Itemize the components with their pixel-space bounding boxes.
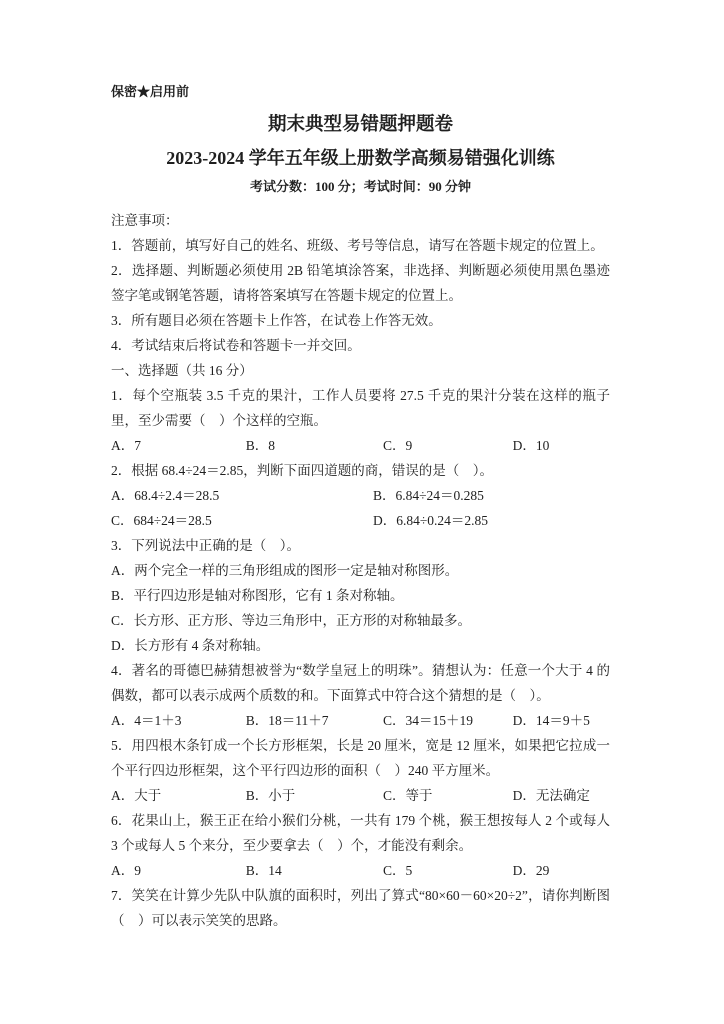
question-1-option-a: A．7 <box>111 433 246 458</box>
question-6-option-a: A．9 <box>111 858 246 883</box>
question-6-option-c: C．5 <box>383 858 513 883</box>
question-2-option-c: C．684÷24＝28.5 <box>111 508 373 533</box>
section-heading-choice: 一、选择题（共 16 分） <box>111 358 610 383</box>
exam-title: 期末典型易错题押题卷 <box>111 113 610 137</box>
question-3-option-b: B．平行四边形是轴对称图形，它有 1 条对称轴。 <box>111 583 610 608</box>
question-5-stem: 5．用四根木条钉成一个长方形框架，长是 20 厘米，宽是 12 厘米，如果把它拉… <box>111 733 610 783</box>
question-1-options: A．7 B．8 C．9 D．10 <box>111 433 610 458</box>
question-5-option-b: B．小于 <box>246 783 383 808</box>
question-5-option-c: C．等于 <box>383 783 513 808</box>
question-6-option-d: D．29 <box>513 858 610 883</box>
security-notice: 保密★启用前 <box>111 84 610 100</box>
exam-paper-page: 保密★启用前 期末典型易错题押题卷 2023-2024 学年五年级上册数学高频易… <box>0 0 724 1024</box>
question-1-option-b: B．8 <box>246 433 383 458</box>
question-4-option-b: B．18＝11＋7 <box>246 708 383 733</box>
question-3-option-c: C．长方形、正方形、等边三角形中，正方形的对称轴最多。 <box>111 608 610 633</box>
notes-heading: 注意事项： <box>111 208 610 233</box>
question-2-option-d: D．6.84÷0.24＝2.85 <box>373 508 610 533</box>
exam-header: 保密★启用前 期末典型易错题押题卷 2023-2024 学年五年级上册数学高频易… <box>111 84 610 196</box>
question-4-options: A．4＝1＋3 B．18＝11＋7 C．34＝15＋19 D．14＝9＋5 <box>111 708 610 733</box>
note-item-3: 3．所有题目必须在答题卡上作答，在试卷上作答无效。 <box>111 308 610 333</box>
exam-subtitle: 2023-2024 学年五年级上册数学高频易错强化训练 <box>111 146 610 170</box>
question-6-option-b: B．14 <box>246 858 383 883</box>
question-3-option-a: A．两个完全一样的三角形组成的图形一定是轴对称图形。 <box>111 558 610 583</box>
note-item-1: 1．答题前，填写好自己的姓名、班级、考号等信息，请写在答题卡规定的位置上。 <box>111 233 610 258</box>
question-2-option-a: A．68.4÷2.4＝28.5 <box>111 483 373 508</box>
exam-body: 注意事项： 1．答题前，填写好自己的姓名、班级、考号等信息，请写在答题卡规定的位… <box>111 208 610 933</box>
question-5-option-a: A．大于 <box>111 783 246 808</box>
question-2-option-b: B．6.84÷24＝0.285 <box>373 483 610 508</box>
question-3-stem: 3．下列说法中正确的是（ ）。 <box>111 533 610 558</box>
note-item-2: 2．选择题、判断题必须使用 2B 铅笔填涂答案，非选择、判断题必须使用黑色墨迹签… <box>111 258 610 308</box>
question-2-stem: 2．根据 68.4÷24＝2.85，判断下面四道题的商，错误的是（ ）。 <box>111 458 610 483</box>
note-item-4: 4．考试结束后将试卷和答题卡一并交回。 <box>111 333 610 358</box>
question-1-stem: 1．每个空瓶装 3.5 千克的果汁，工作人员要将 27.5 千克的果汁分装在这样… <box>111 383 610 433</box>
question-4-option-d: D．14＝9＋5 <box>513 708 610 733</box>
question-6-options: A．9 B．14 C．5 D．29 <box>111 858 610 883</box>
question-7-stem: 7．笑笑在计算少先队中队旗的面积时，列出了算式“80×60－60×20÷2”，请… <box>111 883 610 933</box>
question-1-option-c: C．9 <box>383 433 513 458</box>
exam-meta: 考试分数：100 分；考试时间：90 分钟 <box>111 178 610 196</box>
question-1-option-d: D．10 <box>513 433 610 458</box>
question-5-options: A．大于 B．小于 C．等于 D．无法确定 <box>111 783 610 808</box>
question-4-option-a: A．4＝1＋3 <box>111 708 246 733</box>
question-2-options: A．68.4÷2.4＝28.5 B．6.84÷24＝0.285 C．684÷24… <box>111 483 610 533</box>
question-6-stem: 6．花果山上，猴王正在给小猴们分桃，一共有 179 个桃，猴王想按每人 2 个或… <box>111 808 610 858</box>
question-3-option-d: D．长方形有 4 条对称轴。 <box>111 633 610 658</box>
question-4-option-c: C．34＝15＋19 <box>383 708 513 733</box>
question-5-option-d: D．无法确定 <box>513 783 610 808</box>
question-4-stem: 4．著名的哥德巴赫猜想被誉为“数学皇冠上的明珠”。猜想认为：任意一个大于 4 的… <box>111 658 610 708</box>
